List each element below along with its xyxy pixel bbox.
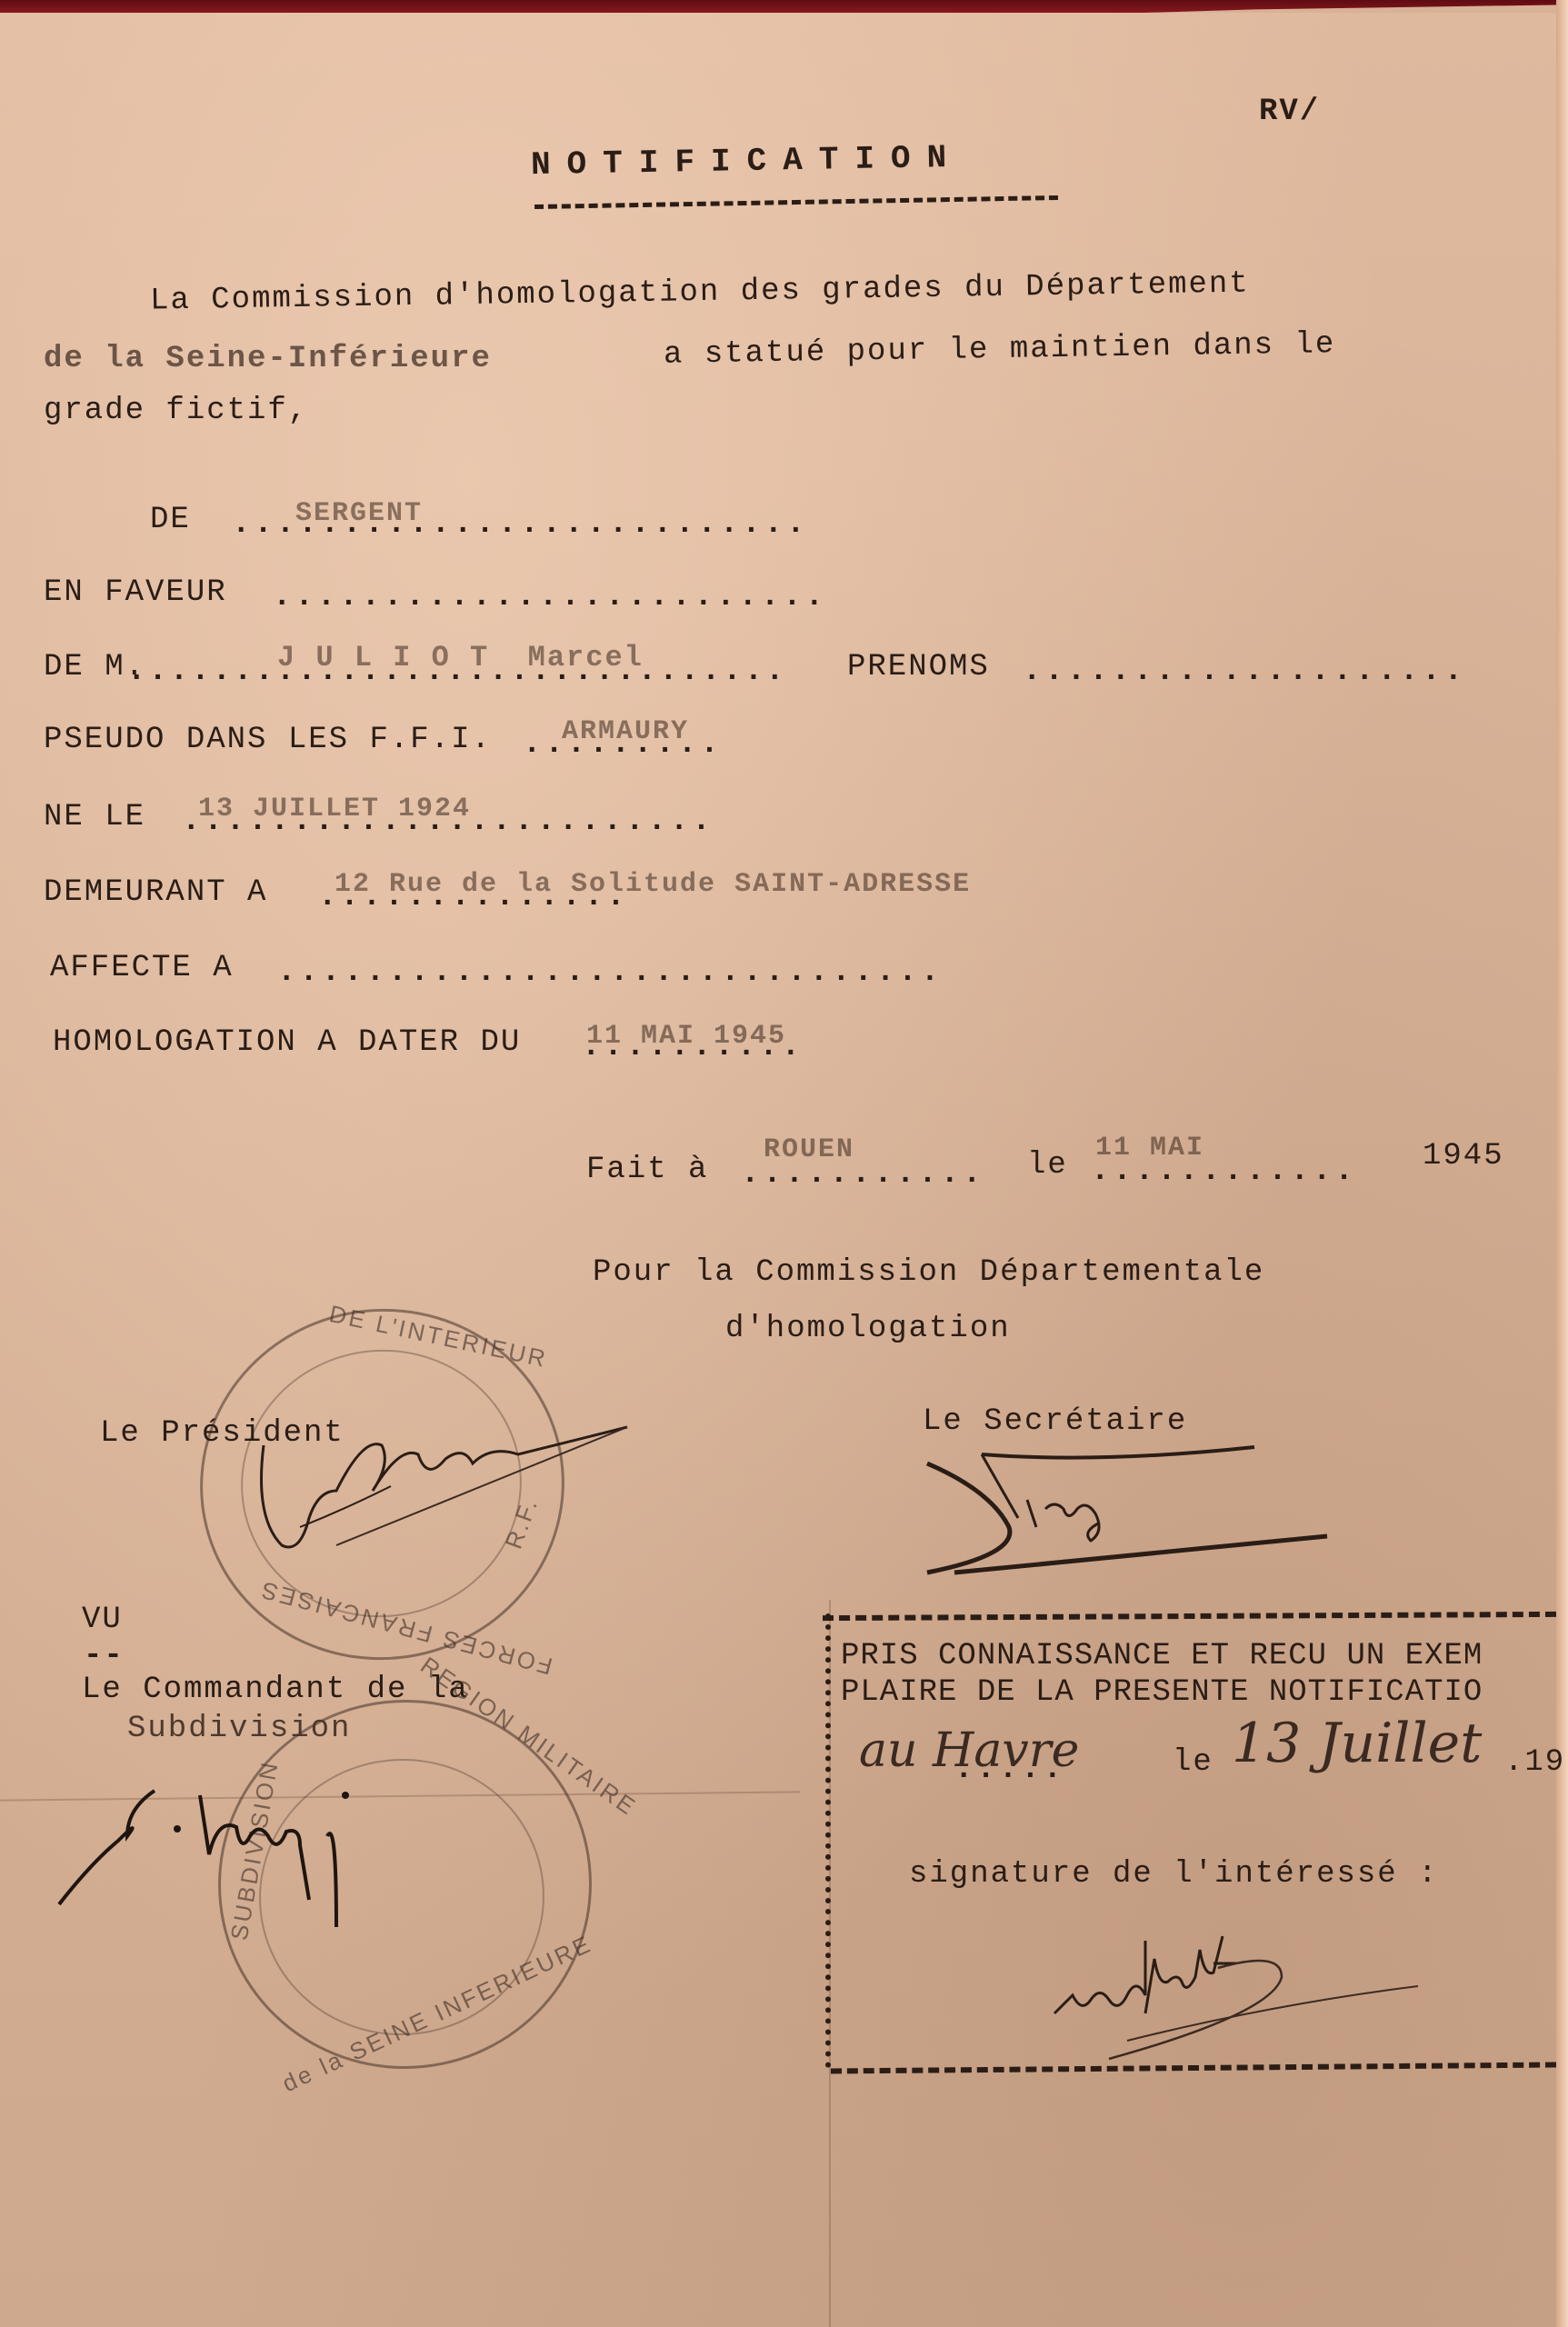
field-dots: ....................	[1023, 656, 1466, 687]
fait-year: 1945	[1423, 1141, 1504, 1172]
field-value: SERGENT	[295, 500, 423, 527]
receipt-place-dots: .....	[954, 1754, 1065, 1785]
vu-rule: --	[84, 1641, 125, 1672]
fait-label: Fait à	[586, 1154, 708, 1185]
receipt-line-1: PRIS CONNAISSANCE ET RECU UN EXEM	[841, 1641, 1483, 1672]
field-label: PSEUDO DANS LES F.F.I.	[44, 724, 492, 755]
commission-line-1: Pour la Commission Départementale	[593, 1257, 1264, 1288]
field-value: 12 Rue de la Solitude SAINT-ADRESSE	[335, 871, 971, 898]
intro-line-3: grade fictif,	[44, 395, 308, 426]
receipt-date: 13 Juillet	[1232, 1716, 1482, 1771]
field-label: NE LE	[44, 802, 145, 833]
interesse-signature-icon	[1045, 1923, 1482, 2077]
fait-place: ROUEN	[764, 1136, 854, 1163]
commission-line-2: d'homologation	[725, 1313, 1011, 1344]
field-dots: .........................	[273, 582, 827, 613]
reference-mark: RV/	[1259, 96, 1320, 127]
field-dots: ..............................	[277, 957, 943, 988]
field-label: HOMOLOGATION A DATER DU	[53, 1027, 521, 1058]
fait-le: le	[1027, 1150, 1068, 1181]
receipt-box-left-border	[825, 1613, 831, 2068]
vu-label: VU	[82, 1604, 123, 1635]
secretary-label: Le Secrétaire	[923, 1406, 1187, 1437]
fait-date: 11 MAI	[1095, 1134, 1204, 1162]
field-label: AFFECTE A	[50, 953, 234, 984]
field-value: 11 MAI 1945	[586, 1023, 786, 1050]
field-value: ARMAURY	[562, 718, 689, 745]
field-label: DEMEURANT A	[44, 877, 267, 908]
paper-right-edge	[1556, 0, 1568, 2327]
field-label: EN FAVEUR	[44, 577, 227, 608]
commandant-signature-icon	[55, 1782, 436, 1945]
president-signature-icon	[245, 1409, 627, 1563]
receipt-year: .19	[1504, 1747, 1565, 1778]
intro-department: de la Seine-Inférieure	[44, 344, 492, 375]
field-label: DE	[150, 504, 191, 535]
receipt-line-2: PLAIRE DE LA PRESENTE NOTIFICATIO	[841, 1677, 1483, 1708]
signature-label: signature de l'intéressé :	[909, 1859, 1439, 1890]
field-label: PRENOMS	[847, 652, 990, 683]
secretary-signature-icon	[918, 1445, 1354, 1582]
receipt-le: le	[1173, 1747, 1213, 1778]
document-title: NOTIFICATION	[531, 142, 964, 182]
field-value: 13 JUILLET 1924	[198, 795, 471, 823]
field-value: J U L I O T Marcel	[277, 644, 644, 673]
